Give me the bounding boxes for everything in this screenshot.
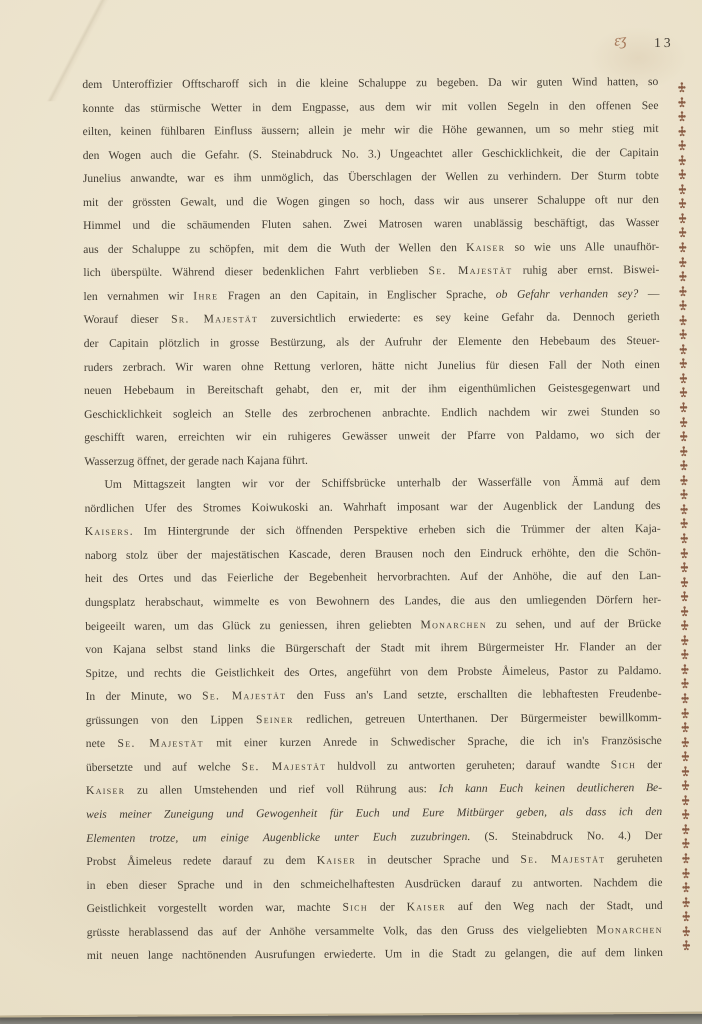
fleuron-icon	[678, 271, 687, 282]
fleuron-icon	[678, 329, 687, 340]
body-text: aus der Schaluppe zu schöpfen, mit dem d…	[83, 241, 466, 256]
text-line: nördlichen Ufer des Stromes Koiwukoski a…	[85, 494, 661, 521]
fleuron-icon	[680, 606, 689, 617]
text-line: ruders zerbrach. Wir waren ohne Rettung …	[84, 353, 660, 380]
body-text: Junelius anwandte, war es ihm unmöglich,…	[83, 169, 659, 185]
small-caps-text: Sich	[611, 758, 637, 771]
body-text: konnte das stürmische Wetter in dem Engp…	[82, 99, 658, 115]
text-line: Spitze, und rechts die Geistlichkeit des…	[85, 659, 661, 686]
text-line: von Kajana selbst stand links die Bürger…	[85, 635, 661, 662]
italic-text: weis meiner Zuneigung und Gewogenheit fü…	[86, 805, 662, 821]
text-line: beigeeilt waren, um das Glück zu geniess…	[85, 612, 661, 639]
body-text: dem Unteroffizier Offtscharoff sich in d…	[82, 75, 658, 91]
fleuron-icon	[681, 809, 690, 820]
body-text: eilten, keinen fühlbaren Einfluss äusser…	[83, 122, 659, 138]
body-text: neuen Hebebaum in Bereitschaft gehabt, d…	[84, 381, 660, 397]
body-text: huldvoll zu antworten geruheten; darauf …	[326, 758, 610, 772]
fleuron-icon	[679, 475, 688, 486]
body-text: so wie uns Alle unaufhör-	[505, 240, 659, 254]
fleuron-icon	[680, 693, 689, 704]
body-text: der	[636, 758, 662, 771]
text-line: Worauf dieser Sr. Majestät zuversichtlic…	[84, 305, 660, 332]
body-text: naborg stolz über der majestätischen Kas…	[85, 546, 661, 562]
fleuron-icon	[678, 387, 687, 398]
fleuron-icon	[677, 184, 686, 195]
fleuron-icon	[677, 140, 686, 151]
text-line: grüssungen von den Lippen Seiner redlich…	[86, 706, 662, 733]
ornament-border	[675, 82, 692, 951]
header-ink-mark: ɛʒ	[613, 32, 626, 51]
fleuron-icon	[679, 533, 688, 544]
body-text: lich überspülte. Während dieser bedenkli…	[83, 265, 428, 280]
fleuron-icon	[677, 111, 686, 122]
fleuron-icon	[679, 504, 688, 515]
body-text: . Im Hintergrunde der sich öffnenden Per…	[130, 522, 661, 538]
fleuron-icon	[681, 838, 690, 849]
small-caps-text: Seiner	[256, 713, 294, 726]
fleuron-icon	[679, 562, 688, 573]
text-line: eilten, keinen fühlbaren Einfluss äusser…	[83, 117, 659, 144]
fleuron-icon	[679, 460, 688, 471]
body-text: in eben dieser Sprache und in den schmei…	[87, 876, 663, 892]
text-line: Himmel und die schäumenden Fluten sahen.…	[83, 211, 659, 238]
small-caps-text: Se. Majestät	[202, 689, 286, 702]
fleuron-icon	[679, 402, 688, 413]
text-line: Elementen trotze, um einige Augenblicke …	[86, 824, 662, 851]
text-line: der Capitain plötzlich in grosse Bestürz…	[84, 329, 660, 356]
fleuron-icon	[677, 126, 686, 137]
fleuron-icon	[679, 518, 688, 529]
italic-text: Ich kann Euch keinen deutlicheren Be-	[439, 781, 663, 795]
text-line: nete Se. Majestät mit einer kurzen Anred…	[86, 729, 662, 756]
body-text: redlichen, getreuen Unterthanen. Der Bür…	[294, 711, 662, 726]
fleuron-icon	[680, 722, 689, 733]
body-text: Worauf dieser	[84, 313, 172, 326]
small-caps-text: Se. Majestät	[520, 852, 605, 865]
body-text: mit der grössten Gewalt, und die Wogen g…	[83, 193, 659, 209]
body-text: Geistlichkeit vorgestellt worden war, ma…	[87, 901, 343, 915]
fleuron-icon	[680, 678, 689, 689]
fleuron-icon	[680, 766, 689, 777]
italic-text: Elementen trotze, um einige Augenblicke …	[86, 830, 470, 845]
fleuron-icon	[681, 896, 690, 907]
body-text: den Fuss an's Land setzte, erschallten d…	[286, 687, 661, 702]
text-line: Geistlichkeit vorgestellt worden war, ma…	[87, 894, 663, 921]
body-text: Spitze, und rechts die Geistlichkeit des…	[85, 664, 661, 680]
fleuron-icon	[679, 489, 688, 500]
fleuron-icon	[681, 795, 690, 806]
small-caps-text: Kaisers	[85, 525, 130, 538]
fleuron-icon	[680, 664, 689, 675]
text-line: naborg stolz über der majestätischen Kas…	[85, 541, 661, 568]
text-line: weis meiner Zuneigung und Gewogenheit fü…	[86, 800, 662, 827]
text-line: konnte das stürmische Wetter in dem Engp…	[82, 94, 658, 121]
text-line: len vernahmen wir Ihre Fragen an den Cap…	[83, 282, 659, 309]
fleuron-icon	[678, 373, 687, 384]
text-line: lich überspülte. Während dieser bedenkli…	[83, 258, 659, 285]
fleuron-icon	[678, 300, 687, 311]
fleuron-icon	[680, 751, 689, 762]
body-text: dungsplatz herabschaut, wimmelte es von …	[85, 593, 661, 609]
text-line: Kaiser zu allen Umstehenden und rief vol…	[86, 776, 662, 803]
fleuron-icon	[678, 358, 687, 369]
fleuron-icon	[678, 227, 687, 238]
body-text: von Kajana selbst stand links die Bürger…	[85, 640, 661, 656]
fleuron-icon	[680, 649, 689, 660]
fleuron-icon	[681, 867, 690, 878]
body-text: nördlichen Ufer des Stromes Koiwukoski a…	[85, 499, 661, 515]
text-line: den Wogen auch die Gefahr. (S. Steinabdr…	[83, 141, 659, 168]
fleuron-icon	[681, 824, 690, 835]
small-caps-text: Monarchen	[596, 923, 663, 936]
text-block: dem Unteroffizier Offtscharoff sich in d…	[82, 70, 663, 968]
text-line: neuen Hebebaum in Bereitschaft gehabt, d…	[84, 376, 660, 403]
small-caps-text: Se. Majestät	[242, 760, 327, 773]
fleuron-icon	[680, 736, 689, 747]
text-line: Um Mittagszeit langten wir vor der Schif…	[84, 470, 660, 497]
body-text: Wasserzug öffnet, der gerade nach Kajana…	[84, 454, 308, 468]
body-text: Himmel und die schäumenden Fluten sahen.…	[83, 216, 659, 232]
body-text: grüsste herablassend das auf der Anhöhe …	[87, 923, 597, 939]
text-line: geschifft waren, erreichten wir ein ruhi…	[84, 423, 660, 450]
body-text: ruders zerbrach. Wir waren ohne Rettung …	[84, 358, 660, 374]
text-line: mit neuen lange nachtönenden Ausrufungen…	[87, 941, 663, 968]
body-text: geschifft waren, erreichten wir ein ruhi…	[84, 428, 660, 444]
small-caps-text: Ihre	[193, 289, 218, 302]
body-text: len vernahmen wir	[83, 289, 193, 303]
text-line: mit der grössten Gewalt, und die Wogen g…	[83, 188, 659, 215]
fleuron-icon	[680, 780, 689, 791]
body-text: den Wogen auch die Gefahr. (S. Steinabdr…	[83, 146, 659, 162]
body-text: heit des Ortes und das Feierliche der Be…	[85, 569, 661, 585]
text-line: aus der Schaluppe zu schöpfen, mit dem d…	[83, 235, 659, 262]
fleuron-icon	[681, 911, 690, 922]
body-text: geruheten	[605, 852, 662, 865]
body-text: Um Mittagszeit langten wir vor der Schif…	[104, 475, 660, 491]
body-text: in deutscher Sprache und	[356, 853, 520, 867]
fleuron-icon	[680, 620, 689, 631]
body-text: Fragen an den Capitain, in Englischer Sp…	[218, 288, 496, 302]
body-text: —	[638, 287, 659, 300]
small-caps-text: Kaiser	[407, 900, 446, 913]
body-text: der	[368, 900, 407, 913]
body-text: Probst Åimeleus redete darauf zu dem	[86, 854, 316, 868]
text-line: dungsplatz herabschaut, wimmelte es von …	[85, 588, 661, 615]
fleuron-icon	[679, 416, 688, 427]
text-line: heit des Ortes und das Feierliche der Be…	[85, 564, 661, 591]
italic-text: ob Gefahr verhanden sey?	[496, 287, 639, 301]
text-line: in eben dieser Sprache und in den schmei…	[86, 871, 662, 898]
small-caps-text: Monarchen	[420, 617, 487, 630]
text-line: Wasserzug öffnet, der gerade nach Kajana…	[84, 447, 660, 474]
text-line: grüsste herablassend das auf der Anhöhe …	[87, 918, 663, 945]
fleuron-icon	[680, 591, 689, 602]
body-text: der Capitain plötzlich in grosse Bestürz…	[84, 334, 660, 350]
fleuron-icon	[678, 256, 687, 267]
body-text: (S. Steinabdruck No. 4.) Der	[470, 829, 662, 843]
text-line: Probst Åimeleus redete darauf zu dem Kai…	[86, 847, 662, 874]
body-text: Geschicklichkeit sogleich an Stelle des …	[84, 405, 660, 421]
fleuron-icon	[678, 286, 687, 297]
fleuron-icon	[678, 213, 687, 224]
small-caps-text: Kaiser	[317, 854, 356, 867]
fleuron-icon	[677, 82, 686, 93]
body-text: mit einer kurzen Anrede in Schwedischer …	[204, 734, 662, 749]
body-text: zu sehen, und auf der Brücke	[487, 617, 661, 631]
small-caps-text: Sr. Majestät	[171, 313, 258, 326]
small-caps-text: Se. Majestät	[117, 737, 203, 750]
fleuron-icon	[679, 431, 688, 442]
body-text: ruhig aber ernst. Biswei-	[513, 263, 660, 277]
small-caps-text: Kaiser	[86, 784, 125, 797]
small-caps-text: Se. Majestät	[428, 264, 512, 277]
fleuron-icon	[681, 853, 690, 864]
body-text: zuversichtlich erwiederte: es sey keine …	[258, 310, 660, 325]
body-text: auf den Weg nach der Stadt, und	[446, 899, 663, 913]
body-text: In der Minute, wo	[86, 690, 203, 704]
small-caps-text: Sich	[342, 901, 368, 914]
page-number: 13	[654, 35, 674, 51]
fleuron-icon	[681, 926, 690, 937]
fleuron-icon	[681, 940, 690, 951]
text-line: Kaisers. Im Hintergrunde der sich öffnen…	[85, 517, 661, 544]
fleuron-icon	[677, 96, 686, 107]
small-caps-text: Kaiser	[466, 241, 505, 254]
fleuron-icon	[678, 315, 687, 326]
fleuron-icon	[677, 155, 686, 166]
body-text: mit neuen lange nachtönenden Ausrufungen…	[87, 946, 663, 962]
body-text: zu allen Umstehenden und rief voll Rühru…	[125, 783, 438, 798]
body-text: beigeeilt waren, um das Glück zu geniess…	[85, 618, 420, 633]
fleuron-icon	[677, 198, 686, 209]
fleuron-icon	[678, 344, 687, 355]
body-text: nete	[86, 737, 118, 750]
fleuron-icon	[679, 576, 688, 587]
fleuron-icon	[680, 707, 689, 718]
fleuron-icon	[678, 242, 687, 253]
fleuron-icon	[679, 446, 688, 457]
text-line: Geschicklichkeit sogleich an Stelle des …	[84, 400, 660, 427]
text-line: Junelius anwandte, war es ihm unmöglich,…	[83, 164, 659, 191]
body-text: übersetzte und auf welche	[86, 760, 242, 774]
body-text: grüssungen von den Lippen	[86, 713, 256, 727]
fleuron-icon	[681, 882, 690, 893]
fleuron-icon	[679, 547, 688, 558]
text-line: In der Minute, wo Se. Majestät den Fuss …	[85, 682, 661, 709]
text-line: übersetzte und auf welche Se. Majestät h…	[86, 753, 662, 780]
scanned-book-page: ɛʒ 13 dem Unteroffizier Offtscharoff sic…	[0, 0, 702, 1017]
fleuron-icon	[677, 169, 686, 180]
text-line: dem Unteroffizier Offtscharoff sich in d…	[82, 70, 658, 97]
fleuron-icon	[680, 635, 689, 646]
